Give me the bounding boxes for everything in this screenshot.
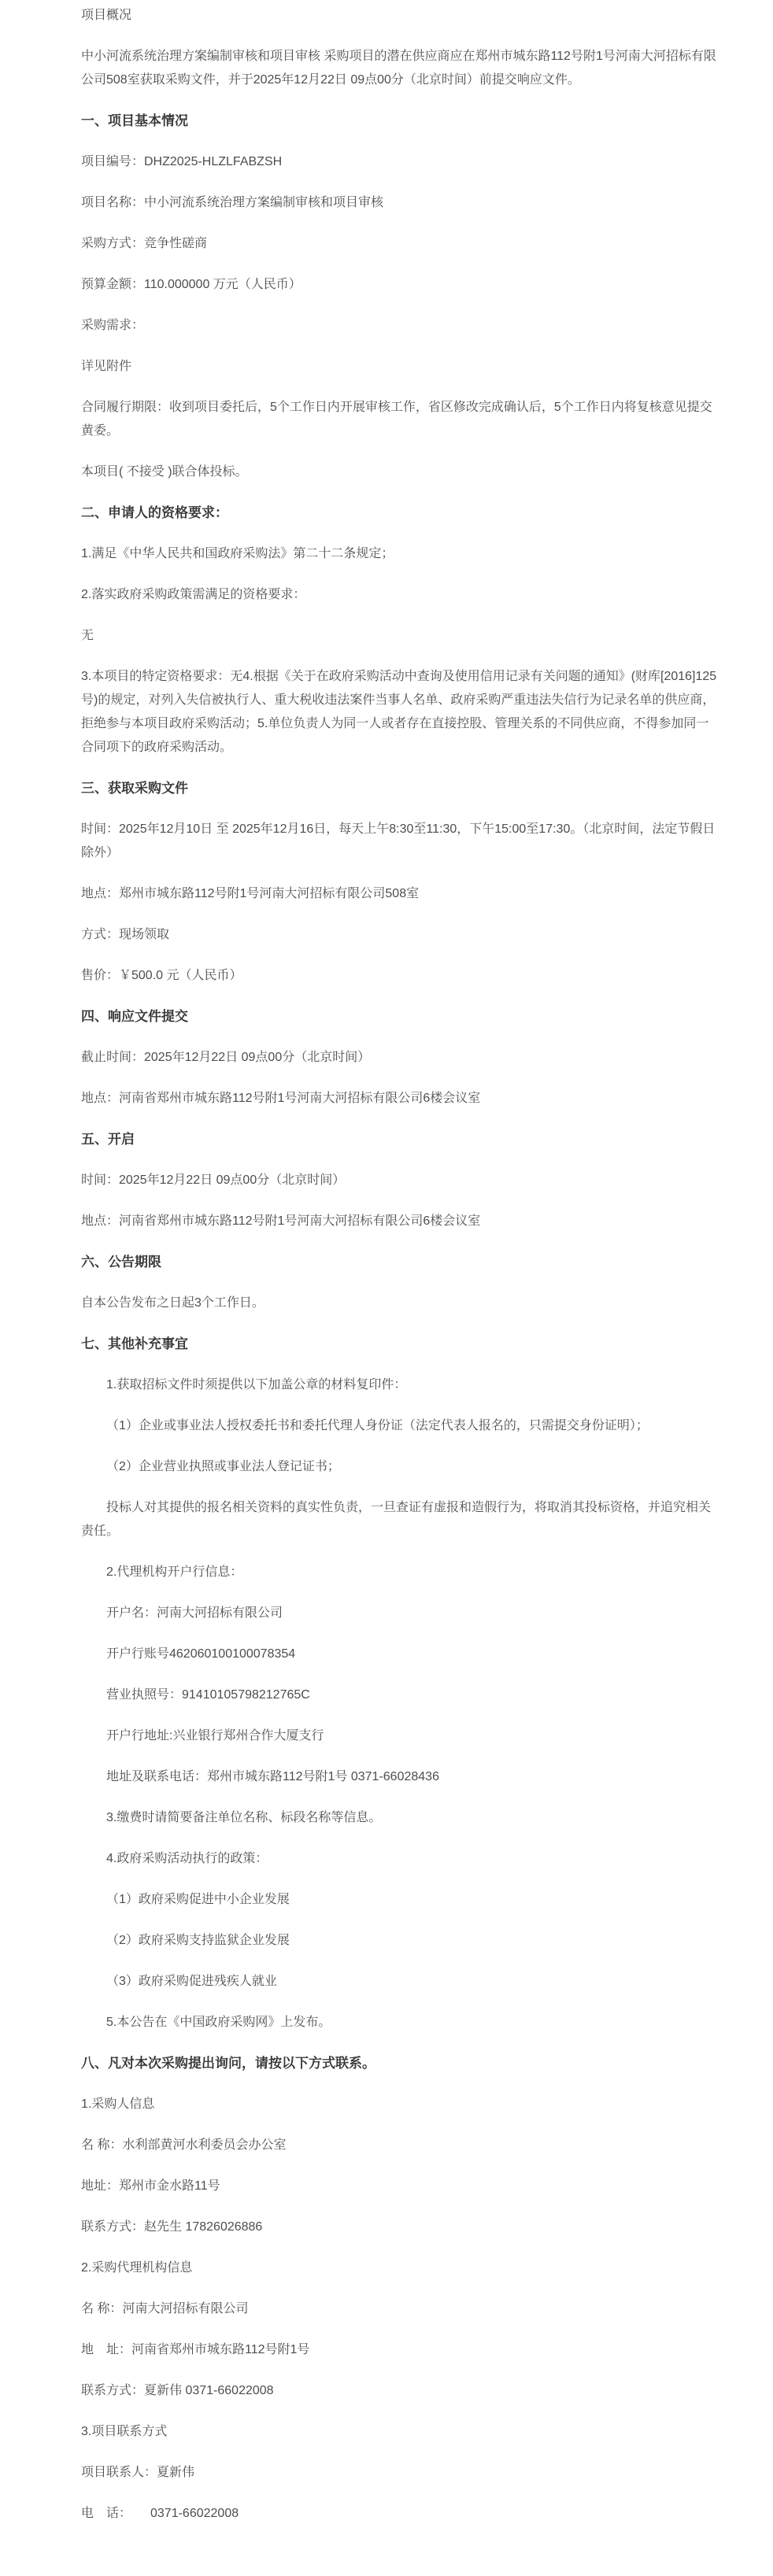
project-contact-person: 项目联系人：夏新伟 (81, 2461, 720, 2485)
section-5-heading: 五、开启 (81, 1128, 720, 1151)
supplementary-item-5: 5.本公告在《中国政府采购网》上发布。 (81, 2011, 720, 2035)
agency-info-title: 2.采购代理机构信息 (81, 2256, 720, 2280)
section-8-heading: 八、凡对本次采购提出询问，请按以下方式联系。 (81, 2052, 720, 2075)
policy-item-3: （3）政府采购促进残疾人就业 (81, 1970, 720, 1994)
section-4-heading: 四、响应文件提交 (81, 1005, 720, 1029)
purchaser-contact: 联系方式：赵先生 17826026886 (81, 2216, 720, 2239)
acquisition-time: 时间：2025年12月10日 至 2025年12月16日，每天上午8:30至11… (81, 818, 720, 865)
section-1-heading: 一、项目基本情况 (81, 109, 720, 133)
bank-account-number: 开户行账号462060100100078354 (81, 1643, 720, 1666)
bank-branch-address: 开户行地址:兴业银行郑州合作大厦支行 (81, 1724, 720, 1748)
section-3-heading: 三、获取采购文件 (81, 777, 720, 800)
purchaser-info-title: 1.采购人信息 (81, 2093, 720, 2116)
project-contact-title: 3.项目联系方式 (81, 2420, 720, 2444)
bank-account-name: 开户名：河南大河招标有限公司 (81, 1602, 720, 1625)
field-consortium-bidding: 本项目( 不接受 )联合体投标。 (81, 460, 720, 484)
field-project-name: 项目名称：中小河流系统治理方案编制审核和项目审核 (81, 191, 720, 215)
agency-address: 地 址：河南省郑州市城东路112号附1号 (81, 2338, 720, 2362)
qualification-item-1: 1.满足《中华人民共和国政府采购法》第二十二条规定； (81, 542, 720, 566)
project-contact-phone: 电 话： 0371-66022008 (81, 2502, 720, 2526)
agency-contact: 联系方式：夏新伟 0371-66022008 (81, 2379, 720, 2403)
business-license-number: 营业执照号：91410105798212765C (81, 1683, 720, 1707)
acquisition-method: 方式：现场领取 (81, 923, 720, 947)
supplementary-item-3: 3.缴费时请简要备注单位名称、标段名称等信息。 (81, 1806, 720, 1830)
supplementary-item-1-1: （1）企业或事业法人授权委托书和委托代理人身份证（法定代表人报名的，只需提交身份… (81, 1414, 720, 1438)
qualification-item-3: 3.本项目的特定资格要求：无4.根据《关于在政府采购活动中查询及使用信用记录有关… (81, 665, 720, 759)
supplementary-item-1-2: （2）企业营业执照或事业法人登记证书； (81, 1455, 720, 1479)
supplementary-authenticity-note: 投标人对其提供的报名相关资料的真实性负责，一旦查证有虚报和造假行为，将取消其投标… (81, 1496, 720, 1543)
supplementary-item-4: 4.政府采购活动执行的政策： (81, 1847, 720, 1871)
purchaser-name: 名 称：水利部黄河水利委员会办公室 (81, 2134, 720, 2157)
notice-period-text: 自本公告发布之日起3个工作日。 (81, 1292, 720, 1315)
field-requirement-label: 采购需求： (81, 314, 720, 338)
opening-location: 地点：河南省郑州市城东路112号附1号河南大河招标有限公司6楼会议室 (81, 1210, 720, 1233)
acquisition-price: 售价：￥500.0 元（人民币） (81, 964, 720, 988)
submission-deadline: 截止时间：2025年12月22日 09点00分（北京时间） (81, 1046, 720, 1070)
qualification-item-2-value: 无 (81, 624, 720, 648)
field-requirement-value: 详见附件 (81, 355, 720, 379)
submission-location: 地点：河南省郑州市城东路112号附1号河南大河招标有限公司6楼会议室 (81, 1087, 720, 1111)
agency-name: 名 称：河南大河招标有限公司 (81, 2297, 720, 2321)
purchaser-address: 地址：郑州市金水路11号 (81, 2175, 720, 2198)
section-2-heading: 二、申请人的资格要求： (81, 501, 720, 525)
supplementary-item-1: 1.获取招标文件时须提供以下加盖公章的材料复印件： (81, 1373, 720, 1397)
field-procurement-method: 采购方式：竞争性磋商 (81, 232, 720, 256)
field-project-code: 项目编号：DHZ2025-HLZLFABZSH (81, 150, 720, 174)
supplementary-item-2: 2.代理机构开户行信息： (81, 1561, 720, 1584)
opening-time: 时间：2025年12月22日 09点00分（北京时间） (81, 1169, 720, 1192)
section-7-heading: 七、其他补充事宜 (81, 1332, 720, 1356)
policy-item-2: （2）政府采购支持监狱企业发展 (81, 1929, 720, 1953)
field-budget-amount: 预算金额：110.000000 万元（人民币） (81, 273, 720, 297)
qualification-item-2: 2.落实政府采购政策需满足的资格要求： (81, 583, 720, 607)
policy-item-1: （1）政府采购促进中小企业发展 (81, 1888, 720, 1912)
procurement-announcement-document: 项目概况 中小河流系统治理方案编制审核和项目审核 采购项目的潜在供应商应在郑州市… (81, 0, 720, 2576)
acquisition-location: 地点：郑州市城东路112号附1号河南大河招标有限公司508室 (81, 882, 720, 906)
field-contract-term: 合同履行期限：收到项目委托后，5个工作日内开展审核工作，省区修改完成确认后，5个… (81, 396, 720, 443)
project-overview-text: 中小河流系统治理方案编制审核和项目审核 采购项目的潜在供应商应在郑州市城东路11… (81, 45, 720, 92)
agency-address-phone: 地址及联系电话：郑州市城东路112号附1号 0371-66028436 (81, 1765, 720, 1789)
section-6-heading: 六、公告期限 (81, 1251, 720, 1274)
project-overview-title: 项目概况 (81, 4, 720, 28)
